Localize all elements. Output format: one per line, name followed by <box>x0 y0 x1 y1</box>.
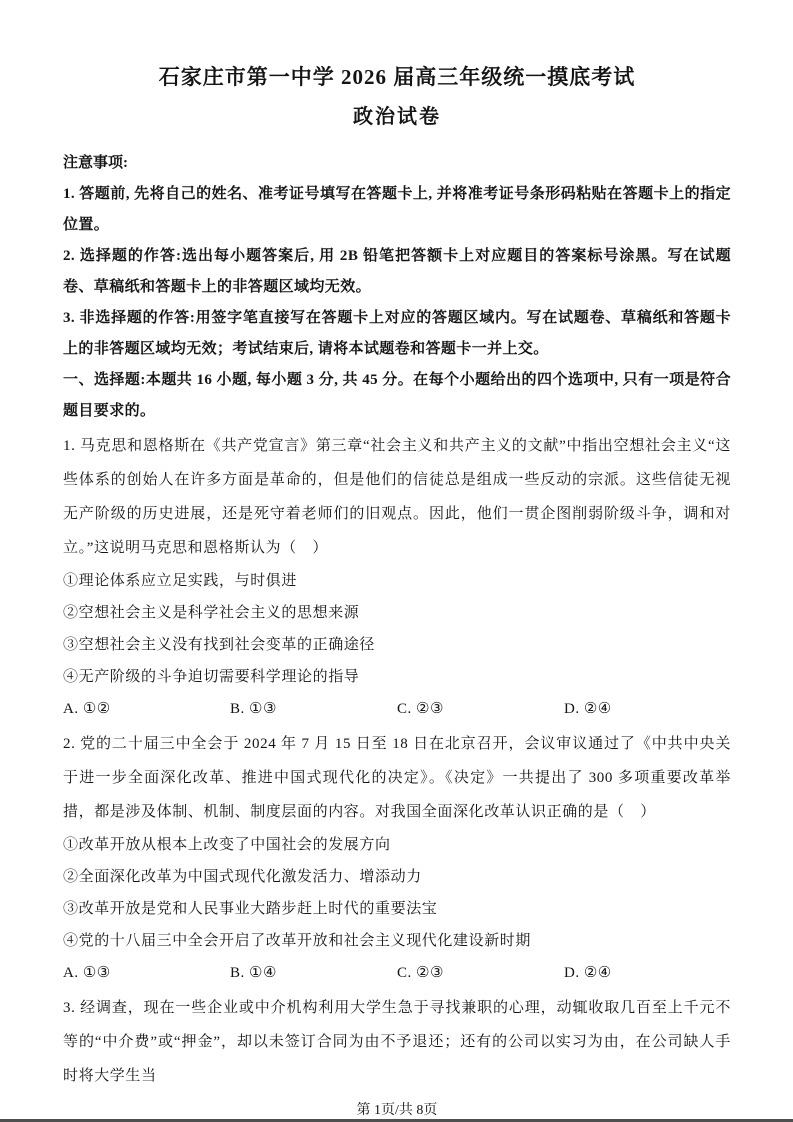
question-1-choice-d: D. ②④ <box>564 693 731 725</box>
page-title: 石家庄市第一中学 2026 届高三年级统一摸底考试 <box>63 62 731 92</box>
question-1-choice-a: A. ①② <box>63 693 230 725</box>
question-1-option-1: ①理论体系应立足实践，与时俱进 <box>63 565 731 597</box>
question-2-choices-row: A. ①③ B. ①④ C. ②③ D. ②④ <box>63 957 731 989</box>
question-2-choice-b: B. ①④ <box>230 957 397 989</box>
question-2-option-3: ③改革开放是党和人民事业大踏步赶上时代的重要法宝 <box>63 893 731 925</box>
question-2-stem: 2. 党的二十届三中全会于 2024 年 7 月 15 日至 18 日在北京召开… <box>63 727 731 829</box>
notice-item-3: 3. 非选择题的作答:用签字笔直接写在答题卡上对应的答题区域内。写在试题卷、草稿… <box>63 303 731 365</box>
question-1-option-4: ④无产阶级的斗争迫切需要科学理论的指导 <box>63 661 731 693</box>
question-1-stem: 1. 马克思和恩格斯在《共产党宣言》第三章“社会主义和共产主义的文献”中指出空想… <box>63 429 731 565</box>
question-1-option-2: ②空想社会主义是科学社会主义的思想来源 <box>63 597 731 629</box>
question-2: 2. 党的二十届三中全会于 2024 年 7 月 15 日至 18 日在北京召开… <box>63 727 731 989</box>
question-2-choice-d: D. ②④ <box>564 957 731 989</box>
question-2-option-2: ②全面深化改革为中国式现代化激发活力、增添动力 <box>63 861 731 893</box>
question-2-choice-a: A. ①③ <box>63 957 230 989</box>
question-1-choice-c: C. ②③ <box>397 693 564 725</box>
question-2-option-4: ④党的十八届三中全会开启了改革开放和社会主义现代化建设新时期 <box>63 925 731 957</box>
notice-item-2: 2. 选择题的作答:选出每小题答案后, 用 2B 铅笔把答额卡上对应题目的答案标… <box>63 241 731 303</box>
question-2-option-1: ①改革开放从根本上改变了中国社会的发展方向 <box>63 829 731 861</box>
notices-heading: 注意事项: <box>63 148 731 179</box>
question-3-stem: 3. 经调查，现在一些企业或中介机构利用大学生急于寻找兼职的心理，动辄收取几百至… <box>63 991 731 1093</box>
notices-section: 注意事项: 1. 答题前, 先将自己的姓名、准考证号填写在答题卡上, 并将准考证… <box>63 148 731 365</box>
question-1-choices-row: A. ①② B. ①③ C. ②③ D. ②④ <box>63 693 731 725</box>
question-1: 1. 马克思和恩格斯在《共产党宣言》第三章“社会主义和共产主义的文献”中指出空想… <box>63 429 731 725</box>
exam-paper-page: 石家庄市第一中学 2026 届高三年级统一摸底考试 政治试卷 注意事项: 1. … <box>0 0 793 1122</box>
section-heading-multiple-choice: 一、选择题:本题共 16 小题, 每小题 3 分, 共 45 分。在每个小题给出… <box>63 365 731 427</box>
question-1-choice-b: B. ①③ <box>230 693 397 725</box>
question-1-option-3: ③空想社会主义没有找到社会变革的正确途径 <box>63 629 731 661</box>
question-3: 3. 经调查，现在一些企业或中介机构利用大学生急于寻找兼职的心理，动辄收取几百至… <box>63 991 731 1093</box>
notice-item-1: 1. 答题前, 先将自己的姓名、准考证号填写在答题卡上, 并将准考证号条形码粘贴… <box>63 179 731 241</box>
page-subtitle: 政治试卷 <box>63 102 731 132</box>
question-2-choice-c: C. ②③ <box>397 957 564 989</box>
